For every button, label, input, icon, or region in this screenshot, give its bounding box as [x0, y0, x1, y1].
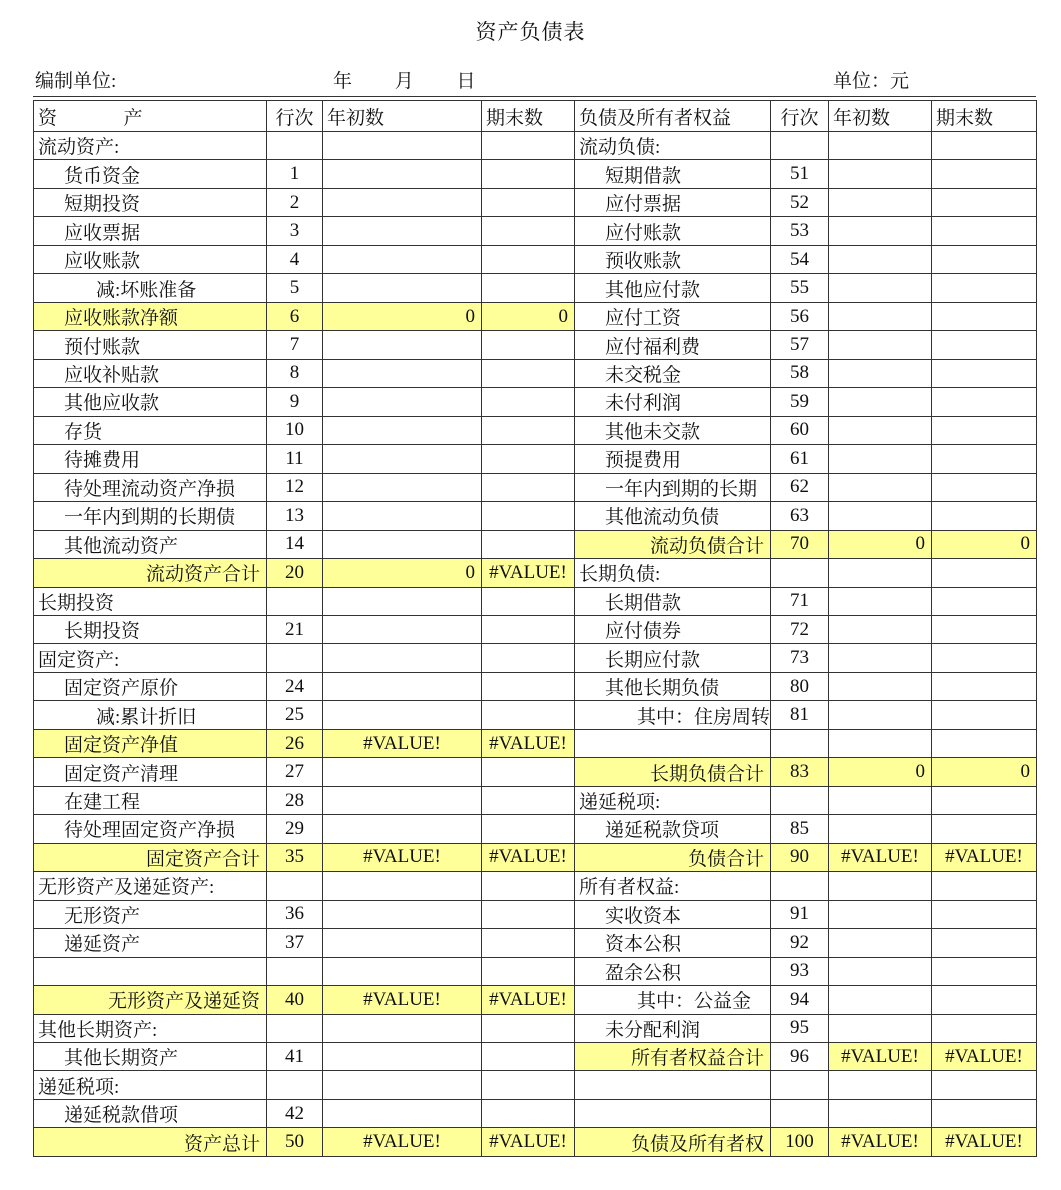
- asset-end-cell[interactable]: [482, 388, 575, 416]
- liability-end-cell[interactable]: [932, 331, 1037, 359]
- liability-end-cell[interactable]: [932, 302, 1037, 330]
- asset-line-cell[interactable]: 41: [267, 1043, 323, 1071]
- liability-label-cell[interactable]: 递延税款贷项: [575, 815, 771, 843]
- asset-begin-cell[interactable]: [323, 217, 482, 245]
- liability-end-cell[interactable]: [932, 900, 1037, 928]
- liability-label-cell[interactable]: 其他流动负债: [575, 502, 771, 530]
- header-end-balance[interactable]: 期末数: [482, 101, 575, 132]
- asset-end-cell[interactable]: #VALUE!: [482, 559, 575, 587]
- asset-begin-cell[interactable]: 0: [323, 559, 482, 587]
- asset-line-cell[interactable]: 14: [267, 530, 323, 558]
- asset-begin-cell[interactable]: #VALUE!: [323, 843, 482, 871]
- liability-line-cell[interactable]: 51: [771, 160, 829, 188]
- liability-end-cell[interactable]: [932, 388, 1037, 416]
- asset-label-cell[interactable]: 一年内到期的长期债: [34, 502, 267, 530]
- liability-label-cell[interactable]: 未付利润: [575, 388, 771, 416]
- liability-begin-cell[interactable]: [829, 872, 932, 900]
- asset-line-cell[interactable]: 29: [267, 815, 323, 843]
- liability-begin-cell[interactable]: [829, 388, 932, 416]
- liability-begin-cell[interactable]: [829, 986, 932, 1014]
- asset-line-cell[interactable]: 40: [267, 986, 323, 1014]
- liability-label-cell[interactable]: 负债合计: [575, 843, 771, 871]
- liability-begin-cell[interactable]: [829, 729, 932, 757]
- asset-end-cell[interactable]: [482, 245, 575, 273]
- asset-line-cell[interactable]: 24: [267, 672, 323, 700]
- asset-label-cell[interactable]: 固定资产:: [34, 644, 267, 672]
- liability-label-cell[interactable]: 应付账款: [575, 217, 771, 245]
- liability-begin-cell[interactable]: [829, 302, 932, 330]
- liability-label-cell[interactable]: 所有者权益:: [575, 872, 771, 900]
- liability-label-cell[interactable]: [575, 1071, 771, 1099]
- asset-begin-cell[interactable]: [323, 416, 482, 444]
- asset-end-cell[interactable]: [482, 359, 575, 387]
- asset-begin-cell[interactable]: [323, 587, 482, 615]
- asset-line-cell[interactable]: 42: [267, 1099, 323, 1127]
- liability-end-cell[interactable]: [932, 729, 1037, 757]
- liability-begin-cell[interactable]: [829, 217, 932, 245]
- asset-begin-cell[interactable]: [323, 644, 482, 672]
- asset-begin-cell[interactable]: [323, 473, 482, 501]
- liability-end-cell[interactable]: [932, 672, 1037, 700]
- liability-end-cell[interactable]: [932, 217, 1037, 245]
- asset-line-cell[interactable]: 21: [267, 615, 323, 643]
- asset-end-cell[interactable]: #VALUE!: [482, 843, 575, 871]
- liability-begin-cell[interactable]: [829, 587, 932, 615]
- asset-begin-cell[interactable]: [323, 900, 482, 928]
- asset-begin-cell[interactable]: [323, 331, 482, 359]
- asset-end-cell[interactable]: [482, 1043, 575, 1071]
- liability-label-cell[interactable]: 短期借款: [575, 160, 771, 188]
- asset-line-cell[interactable]: [267, 132, 323, 160]
- asset-begin-cell[interactable]: [323, 274, 482, 302]
- liability-end-cell[interactable]: [932, 559, 1037, 587]
- liability-label-cell[interactable]: 应付债券: [575, 615, 771, 643]
- liability-line-cell[interactable]: 96: [771, 1043, 829, 1071]
- asset-begin-cell[interactable]: 0: [323, 302, 482, 330]
- liability-begin-cell[interactable]: [829, 615, 932, 643]
- liability-end-cell[interactable]: #VALUE!: [932, 843, 1037, 871]
- asset-line-cell[interactable]: 9: [267, 388, 323, 416]
- liability-begin-cell[interactable]: [829, 672, 932, 700]
- liability-begin-cell[interactable]: [829, 416, 932, 444]
- asset-line-cell[interactable]: 4: [267, 245, 323, 273]
- asset-label-cell[interactable]: 应收账款: [34, 245, 267, 273]
- liability-line-cell[interactable]: 61: [771, 445, 829, 473]
- asset-end-cell[interactable]: [482, 701, 575, 729]
- liability-label-cell[interactable]: 长期负债合计: [575, 758, 771, 786]
- liability-label-cell[interactable]: 盈余公积: [575, 957, 771, 985]
- liability-begin-cell[interactable]: [829, 957, 932, 985]
- asset-begin-cell[interactable]: [323, 872, 482, 900]
- liability-line-cell[interactable]: 95: [771, 1014, 829, 1042]
- table-row: 短期投资2应付票据52: [34, 188, 1037, 216]
- liability-begin-cell[interactable]: #VALUE!: [829, 843, 932, 871]
- asset-line-cell[interactable]: 3: [267, 217, 323, 245]
- asset-label-cell[interactable]: 存货: [34, 416, 267, 444]
- asset-line-cell[interactable]: 50: [267, 1128, 323, 1157]
- asset-label-cell[interactable]: 预付账款: [34, 331, 267, 359]
- liability-begin-cell[interactable]: [829, 274, 932, 302]
- asset-label-cell[interactable]: 递延税款借项: [34, 1099, 267, 1127]
- liability-line-cell[interactable]: 58: [771, 359, 829, 387]
- asset-line-cell[interactable]: [267, 1014, 323, 1042]
- asset-end-cell[interactable]: [482, 530, 575, 558]
- asset-end-cell[interactable]: [482, 644, 575, 672]
- liability-line-cell[interactable]: 60: [771, 416, 829, 444]
- asset-line-cell[interactable]: 27: [267, 758, 323, 786]
- liability-end-cell[interactable]: [932, 786, 1037, 814]
- header-line-no[interactable]: 行次: [771, 101, 829, 132]
- asset-begin-cell[interactable]: [323, 1014, 482, 1042]
- header-line-no[interactable]: 行次: [267, 101, 323, 132]
- liability-begin-cell[interactable]: [829, 1071, 932, 1099]
- asset-end-cell[interactable]: #VALUE!: [482, 1128, 575, 1157]
- asset-begin-cell[interactable]: #VALUE!: [323, 986, 482, 1014]
- asset-label-cell[interactable]: 减:累计折旧: [34, 701, 267, 729]
- liability-line-cell[interactable]: 80: [771, 672, 829, 700]
- liability-label-cell[interactable]: 其他长期负债: [575, 672, 771, 700]
- liability-label-cell[interactable]: 应付工资: [575, 302, 771, 330]
- liability-begin-cell[interactable]: [829, 929, 932, 957]
- liability-label-cell[interactable]: [575, 1099, 771, 1127]
- asset-label-cell[interactable]: 递延资产: [34, 929, 267, 957]
- liability-line-cell[interactable]: [771, 1071, 829, 1099]
- asset-begin-cell[interactable]: [323, 1099, 482, 1127]
- asset-line-cell[interactable]: 5: [267, 274, 323, 302]
- asset-line-cell[interactable]: 7: [267, 331, 323, 359]
- asset-label-cell[interactable]: 其他应收款: [34, 388, 267, 416]
- asset-line-cell[interactable]: 1: [267, 160, 323, 188]
- asset-end-cell[interactable]: [482, 416, 575, 444]
- asset-begin-cell[interactable]: [323, 786, 482, 814]
- asset-begin-cell[interactable]: [323, 132, 482, 160]
- asset-line-cell[interactable]: 20: [267, 559, 323, 587]
- liability-line-cell[interactable]: 85: [771, 815, 829, 843]
- liability-end-cell[interactable]: [932, 1071, 1037, 1099]
- liability-line-cell[interactable]: [771, 729, 829, 757]
- liability-end-cell[interactable]: [932, 644, 1037, 672]
- liability-begin-cell[interactable]: #VALUE!: [829, 1043, 932, 1071]
- asset-begin-cell[interactable]: #VALUE!: [323, 729, 482, 757]
- liability-end-cell[interactable]: [932, 445, 1037, 473]
- liability-line-cell[interactable]: 55: [771, 274, 829, 302]
- liability-end-cell[interactable]: [932, 416, 1037, 444]
- asset-begin-cell[interactable]: [323, 359, 482, 387]
- liability-label-cell[interactable]: 未分配利润: [575, 1014, 771, 1042]
- liability-begin-cell[interactable]: [829, 502, 932, 530]
- asset-end-cell[interactable]: [482, 331, 575, 359]
- asset-label-cell[interactable]: 货币资金: [34, 160, 267, 188]
- asset-line-cell[interactable]: [267, 644, 323, 672]
- asset-end-cell[interactable]: [482, 132, 575, 160]
- liability-label-cell[interactable]: 长期应付款: [575, 644, 771, 672]
- liability-begin-cell[interactable]: [829, 559, 932, 587]
- table-row: 其他长期资产:未分配利润95: [34, 1014, 1037, 1042]
- asset-line-cell[interactable]: 37: [267, 929, 323, 957]
- asset-end-cell[interactable]: [482, 900, 575, 928]
- liability-label-cell[interactable]: 其中：公益金: [575, 986, 771, 1014]
- asset-end-cell[interactable]: [482, 615, 575, 643]
- liability-end-cell[interactable]: [932, 815, 1037, 843]
- liability-begin-cell[interactable]: [829, 644, 932, 672]
- liability-end-cell[interactable]: [932, 473, 1037, 501]
- asset-begin-cell[interactable]: [323, 672, 482, 700]
- liability-label-cell[interactable]: 实收资本: [575, 900, 771, 928]
- liability-end-cell[interactable]: [932, 872, 1037, 900]
- liability-begin-cell[interactable]: [829, 132, 932, 160]
- asset-end-cell[interactable]: [482, 786, 575, 814]
- liability-line-cell[interactable]: 62: [771, 473, 829, 501]
- asset-label-cell[interactable]: 短期投资: [34, 188, 267, 216]
- liability-end-cell[interactable]: [932, 701, 1037, 729]
- liability-line-cell[interactable]: 70: [771, 530, 829, 558]
- asset-label-cell[interactable]: 待处理流动资产净损: [34, 473, 267, 501]
- asset-begin-cell[interactable]: [323, 929, 482, 957]
- asset-label-cell[interactable]: 无形资产: [34, 900, 267, 928]
- liability-label-cell[interactable]: 流动负债:: [575, 132, 771, 160]
- liability-label-cell[interactable]: 应付票据: [575, 188, 771, 216]
- liability-line-cell[interactable]: 59: [771, 388, 829, 416]
- table-row: 应收补贴款8未交税金58: [34, 359, 1037, 387]
- liability-begin-cell[interactable]: [829, 815, 932, 843]
- asset-label-cell[interactable]: 应收票据: [34, 217, 267, 245]
- liability-label-cell[interactable]: 负债及所有者权: [575, 1128, 771, 1157]
- liability-line-cell[interactable]: 92: [771, 929, 829, 957]
- asset-line-cell[interactable]: 11: [267, 445, 323, 473]
- asset-label-cell[interactable]: 无形资产及递延资: [34, 986, 267, 1014]
- liability-end-cell[interactable]: [932, 160, 1037, 188]
- liability-label-cell[interactable]: 未交税金: [575, 359, 771, 387]
- asset-line-cell[interactable]: [267, 957, 323, 985]
- liability-line-cell[interactable]: 63: [771, 502, 829, 530]
- liability-begin-cell[interactable]: [829, 1014, 932, 1042]
- asset-label-cell[interactable]: 其他长期资产: [34, 1043, 267, 1071]
- asset-begin-cell[interactable]: [323, 758, 482, 786]
- asset-label-cell[interactable]: 待摊费用: [34, 445, 267, 473]
- header-liabilities-equity[interactable]: 负债及所有者权益: [575, 101, 771, 132]
- asset-label-cell[interactable]: 固定资产合计: [34, 843, 267, 871]
- asset-label-cell[interactable]: 无形资产及递延资产:: [34, 872, 267, 900]
- header-end-balance[interactable]: 期末数: [932, 101, 1037, 132]
- liability-begin-cell[interactable]: [829, 160, 932, 188]
- table-row: 其他应收款9未付利润59: [34, 388, 1037, 416]
- asset-line-cell[interactable]: 2: [267, 188, 323, 216]
- asset-end-cell[interactable]: 0: [482, 302, 575, 330]
- asset-begin-cell[interactable]: [323, 815, 482, 843]
- asset-line-cell[interactable]: [267, 872, 323, 900]
- liability-label-cell[interactable]: 递延税项:: [575, 786, 771, 814]
- asset-end-cell[interactable]: [482, 587, 575, 615]
- asset-label-cell[interactable]: 其他流动资产: [34, 530, 267, 558]
- asset-label-cell[interactable]: 固定资产清理: [34, 758, 267, 786]
- liability-line-cell[interactable]: [771, 559, 829, 587]
- asset-end-cell[interactable]: [482, 929, 575, 957]
- asset-end-cell[interactable]: [482, 502, 575, 530]
- liability-end-cell[interactable]: [932, 957, 1037, 985]
- liability-line-cell[interactable]: [771, 872, 829, 900]
- asset-end-cell[interactable]: [482, 1014, 575, 1042]
- liability-label-cell[interactable]: 应付福利费: [575, 331, 771, 359]
- asset-label-cell[interactable]: 在建工程: [34, 786, 267, 814]
- liability-begin-cell[interactable]: [829, 445, 932, 473]
- liability-end-cell[interactable]: 0: [932, 758, 1037, 786]
- liability-line-cell[interactable]: 100: [771, 1128, 829, 1157]
- liability-label-cell[interactable]: [575, 729, 771, 757]
- liability-line-cell[interactable]: 93: [771, 957, 829, 985]
- liability-end-cell[interactable]: [932, 245, 1037, 273]
- asset-end-cell[interactable]: [482, 872, 575, 900]
- liability-line-cell[interactable]: 56: [771, 302, 829, 330]
- liability-label-cell[interactable]: 预提费用: [575, 445, 771, 473]
- liability-end-cell[interactable]: [932, 1014, 1037, 1042]
- liability-label-cell[interactable]: 一年内到期的长期: [575, 473, 771, 501]
- asset-end-cell[interactable]: [482, 957, 575, 985]
- asset-label-cell[interactable]: [34, 957, 267, 985]
- liability-begin-cell[interactable]: [829, 188, 932, 216]
- asset-begin-cell[interactable]: [323, 701, 482, 729]
- asset-end-cell[interactable]: #VALUE!: [482, 729, 575, 757]
- liability-line-cell[interactable]: 83: [771, 758, 829, 786]
- asset-end-cell[interactable]: [482, 188, 575, 216]
- asset-label-cell[interactable]: 流动资产合计: [34, 559, 267, 587]
- liability-end-cell[interactable]: [932, 986, 1037, 1014]
- asset-line-cell[interactable]: 12: [267, 473, 323, 501]
- asset-label-cell[interactable]: 待处理固定资产净损: [34, 815, 267, 843]
- liability-end-cell[interactable]: [932, 188, 1037, 216]
- asset-end-cell[interactable]: [482, 473, 575, 501]
- liability-line-cell[interactable]: 94: [771, 986, 829, 1014]
- asset-end-cell[interactable]: [482, 672, 575, 700]
- liability-end-cell[interactable]: [932, 1099, 1037, 1127]
- asset-line-cell[interactable]: 8: [267, 359, 323, 387]
- header-begin-balance[interactable]: 年初数: [829, 101, 932, 132]
- asset-line-cell[interactable]: 6: [267, 302, 323, 330]
- asset-line-cell[interactable]: [267, 1071, 323, 1099]
- asset-end-cell[interactable]: [482, 815, 575, 843]
- asset-line-cell[interactable]: 36: [267, 900, 323, 928]
- liability-begin-cell[interactable]: [829, 786, 932, 814]
- asset-line-cell[interactable]: 26: [267, 729, 323, 757]
- liability-begin-cell[interactable]: [829, 331, 932, 359]
- asset-begin-cell[interactable]: [323, 957, 482, 985]
- asset-end-cell[interactable]: [482, 1099, 575, 1127]
- asset-begin-cell[interactable]: [323, 245, 482, 273]
- asset-begin-cell[interactable]: #VALUE!: [323, 1128, 482, 1157]
- asset-line-cell[interactable]: 13: [267, 502, 323, 530]
- liability-end-cell[interactable]: [932, 615, 1037, 643]
- liability-begin-cell[interactable]: 0: [829, 758, 932, 786]
- liability-begin-cell[interactable]: [829, 473, 932, 501]
- liability-line-cell[interactable]: 81: [771, 701, 829, 729]
- liability-begin-cell[interactable]: [829, 701, 932, 729]
- liability-label-cell[interactable]: 长期负债:: [575, 559, 771, 587]
- liability-line-cell[interactable]: [771, 1099, 829, 1127]
- liability-label-cell[interactable]: 其中：住房周转: [575, 701, 771, 729]
- liability-end-cell[interactable]: [932, 587, 1037, 615]
- liability-label-cell[interactable]: 资本公积: [575, 929, 771, 957]
- asset-label-cell[interactable]: 其他长期资产:: [34, 1014, 267, 1042]
- liability-end-cell[interactable]: [932, 929, 1037, 957]
- liability-label-cell[interactable]: 长期借款: [575, 587, 771, 615]
- asset-end-cell[interactable]: [482, 1071, 575, 1099]
- asset-line-cell[interactable]: 35: [267, 843, 323, 871]
- header-begin-balance[interactable]: 年初数: [323, 101, 482, 132]
- liability-end-cell[interactable]: [932, 274, 1037, 302]
- asset-label-cell[interactable]: 减:坏账准备: [34, 274, 267, 302]
- asset-begin-cell[interactable]: [323, 615, 482, 643]
- asset-line-cell[interactable]: 28: [267, 786, 323, 814]
- asset-label-cell[interactable]: 递延税项:: [34, 1071, 267, 1099]
- liability-label-cell[interactable]: 所有者权益合计: [575, 1043, 771, 1071]
- asset-begin-cell[interactable]: [323, 1071, 482, 1099]
- asset-label-cell[interactable]: 资产总计: [34, 1128, 267, 1157]
- asset-line-cell[interactable]: 25: [267, 701, 323, 729]
- liability-end-cell[interactable]: [932, 132, 1037, 160]
- asset-line-cell[interactable]: 10: [267, 416, 323, 444]
- asset-label-cell[interactable]: 长期投资: [34, 587, 267, 615]
- asset-end-cell[interactable]: [482, 160, 575, 188]
- asset-begin-cell[interactable]: [323, 445, 482, 473]
- asset-begin-cell[interactable]: [323, 530, 482, 558]
- asset-end-cell[interactable]: [482, 217, 575, 245]
- asset-label-cell[interactable]: 固定资产原价: [34, 672, 267, 700]
- asset-line-cell[interactable]: [267, 587, 323, 615]
- asset-begin-cell[interactable]: [323, 160, 482, 188]
- liability-end-cell[interactable]: #VALUE!: [932, 1043, 1037, 1071]
- liability-end-cell[interactable]: [932, 359, 1037, 387]
- header-assets[interactable]: 资 产: [34, 101, 267, 132]
- liability-line-cell[interactable]: 54: [771, 245, 829, 273]
- liability-label-cell[interactable]: 其他应付款: [575, 274, 771, 302]
- asset-label-cell[interactable]: 长期投资: [34, 615, 267, 643]
- liability-line-cell[interactable]: 53: [771, 217, 829, 245]
- asset-begin-cell[interactable]: [323, 188, 482, 216]
- asset-begin-cell[interactable]: [323, 388, 482, 416]
- asset-label-cell[interactable]: 固定资产净值: [34, 729, 267, 757]
- liability-begin-cell[interactable]: [829, 359, 932, 387]
- liability-begin-cell[interactable]: [829, 1099, 932, 1127]
- liability-line-cell[interactable]: 90: [771, 843, 829, 871]
- liability-line-cell[interactable]: 71: [771, 587, 829, 615]
- asset-end-cell[interactable]: [482, 445, 575, 473]
- liability-label-cell[interactable]: 流动负债合计: [575, 530, 771, 558]
- asset-begin-cell[interactable]: [323, 502, 482, 530]
- liability-line-cell[interactable]: 72: [771, 615, 829, 643]
- asset-label-cell[interactable]: 应收账款净额: [34, 302, 267, 330]
- asset-label-cell[interactable]: 应收补贴款: [34, 359, 267, 387]
- liability-line-cell[interactable]: 73: [771, 644, 829, 672]
- liability-label-cell[interactable]: 其他未交款: [575, 416, 771, 444]
- asset-begin-cell[interactable]: [323, 1043, 482, 1071]
- liability-label-cell[interactable]: 预收账款: [575, 245, 771, 273]
- asset-end-cell[interactable]: [482, 274, 575, 302]
- asset-end-cell[interactable]: [482, 758, 575, 786]
- liability-end-cell[interactable]: [932, 502, 1037, 530]
- liability-begin-cell[interactable]: #VALUE!: [829, 1128, 932, 1157]
- liability-begin-cell[interactable]: [829, 245, 932, 273]
- liability-line-cell[interactable]: 57: [771, 331, 829, 359]
- liability-begin-cell[interactable]: 0: [829, 530, 932, 558]
- asset-label-cell[interactable]: 流动资产:: [34, 132, 267, 160]
- liability-line-cell[interactable]: [771, 786, 829, 814]
- liability-end-cell[interactable]: 0: [932, 530, 1037, 558]
- asset-end-cell[interactable]: #VALUE!: [482, 986, 575, 1014]
- liability-line-cell[interactable]: [771, 132, 829, 160]
- liability-end-cell[interactable]: #VALUE!: [932, 1128, 1037, 1157]
- liability-line-cell[interactable]: 91: [771, 900, 829, 928]
- liability-line-cell[interactable]: 52: [771, 188, 829, 216]
- liability-begin-cell[interactable]: [829, 900, 932, 928]
